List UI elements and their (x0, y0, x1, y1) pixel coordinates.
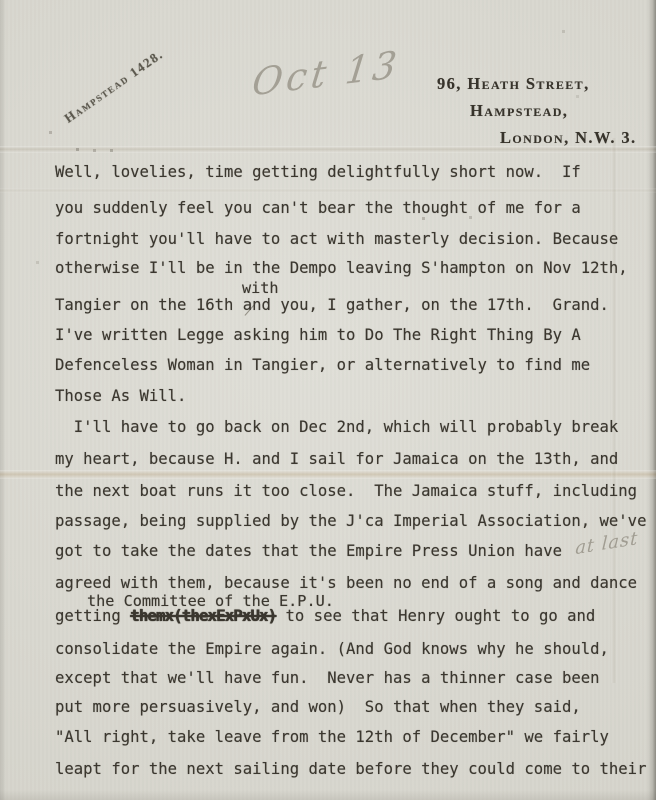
letter-line: passage, being supplied by the J'ca Impe… (55, 512, 646, 531)
letterhead-city: London, N.W. 3. (500, 128, 637, 148)
letter-line: agreed with them, because it's been no e… (55, 574, 637, 593)
fold-crease-faint (0, 188, 656, 193)
letter-line: Tangier on the 16th and you, I gather, o… (55, 296, 609, 315)
letter-line: got to take the dates that the Empire Pr… (55, 542, 562, 561)
letter-scan-page: Hampstead 1428. Oct 13 96, Heath Street,… (0, 0, 656, 800)
letter-line: you suddenly feel you can't bear the tho… (55, 199, 581, 218)
letter-line: I've written Legge asking him to Do The … (55, 326, 581, 345)
typed-over-strikeout: themx(thexExPxUx) (130, 607, 276, 625)
letterhead-street: 96, Heath Street, (437, 74, 590, 94)
letter-line: fortnight you'll have to act with master… (55, 230, 618, 249)
letter-line-with-strikeout: getting themx(thexExPxUx) to see that He… (55, 607, 595, 626)
letter-line: I'll have to go back on Dec 2nd, which w… (55, 418, 618, 437)
letter-line: otherwise I'll be in the Dempo leaving S… (55, 259, 628, 278)
letter-line: except that we'll have fun. Never has a … (55, 669, 600, 688)
letter-line: Those As Will. (55, 387, 186, 406)
pencil-date-annotation: Oct 13 (250, 42, 403, 104)
letter-line: leapt for the next sailing date before t… (55, 760, 646, 779)
letter-line: Well, lovelies, time getting delightfull… (55, 163, 581, 182)
letterhead-district: Hampstead, (470, 101, 568, 121)
fold-crease-middle (0, 470, 656, 479)
paper-speckles (0, 0, 1, 1)
pencil-at-last-annotation: at last (575, 528, 639, 559)
letter-line: my heart, because H. and I sail for Jama… (55, 450, 618, 469)
letter-line: consolidate the Empire again. (And God k… (55, 640, 609, 659)
strike-suffix: to see that Henry ought to go and (276, 607, 595, 625)
letter-line: Defenceless Woman in Tangier, or alterna… (55, 356, 590, 375)
letter-line: put more persuasively, and won) So that … (55, 698, 581, 717)
strike-prefix: getting (55, 607, 130, 625)
letter-line: "All right, take leave from the 12th of … (55, 728, 609, 747)
fold-crease-vertical (611, 138, 617, 683)
telephone-stamp: Hampstead 1428. (61, 46, 166, 126)
letter-line: the next boat runs it too close. The Jam… (55, 482, 637, 501)
